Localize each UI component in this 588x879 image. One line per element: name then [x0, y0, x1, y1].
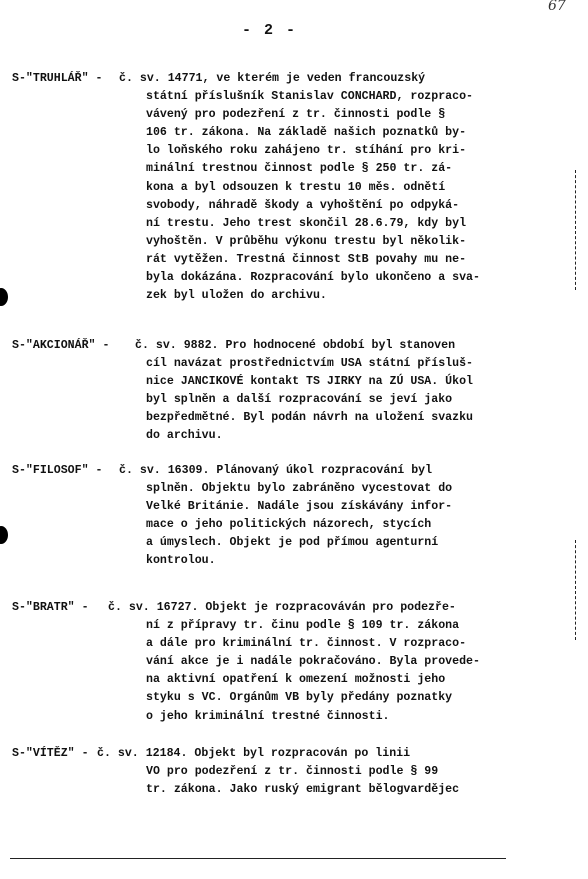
page-number: - 2 - — [242, 22, 297, 39]
entry-code: S-"FILOSOF" - — [12, 462, 102, 480]
entry-text: č. sv. 16727. Objekt je rozpracováván pr… — [108, 599, 480, 726]
entry-text: č. sv. 14771, ve kterém je veden francou… — [119, 70, 480, 305]
entry-text: č. sv. 16309. Plánovaný úkol rozpracován… — [119, 462, 452, 571]
page-edge-line — [575, 170, 576, 290]
entry-code: S-"TRUHLÁŘ" - — [12, 70, 102, 88]
entry-text: č. sv. 9882. Pro hodnocené období byl st… — [135, 337, 473, 446]
punch-hole-icon — [0, 288, 8, 306]
entry-code: S-"BRATR" - — [12, 599, 89, 617]
bottom-rule — [10, 858, 506, 859]
punch-hole-icon — [0, 526, 8, 544]
entry-code: S-"AKCIONÁŘ" - — [12, 337, 109, 355]
folio-number: 67 — [548, 0, 566, 14]
entry-text: č. sv. 12184. Objekt byl rozpracován po … — [97, 745, 459, 799]
entry-code: S-"VÍTĚZ" - — [12, 745, 89, 763]
page-edge-line — [575, 540, 576, 640]
